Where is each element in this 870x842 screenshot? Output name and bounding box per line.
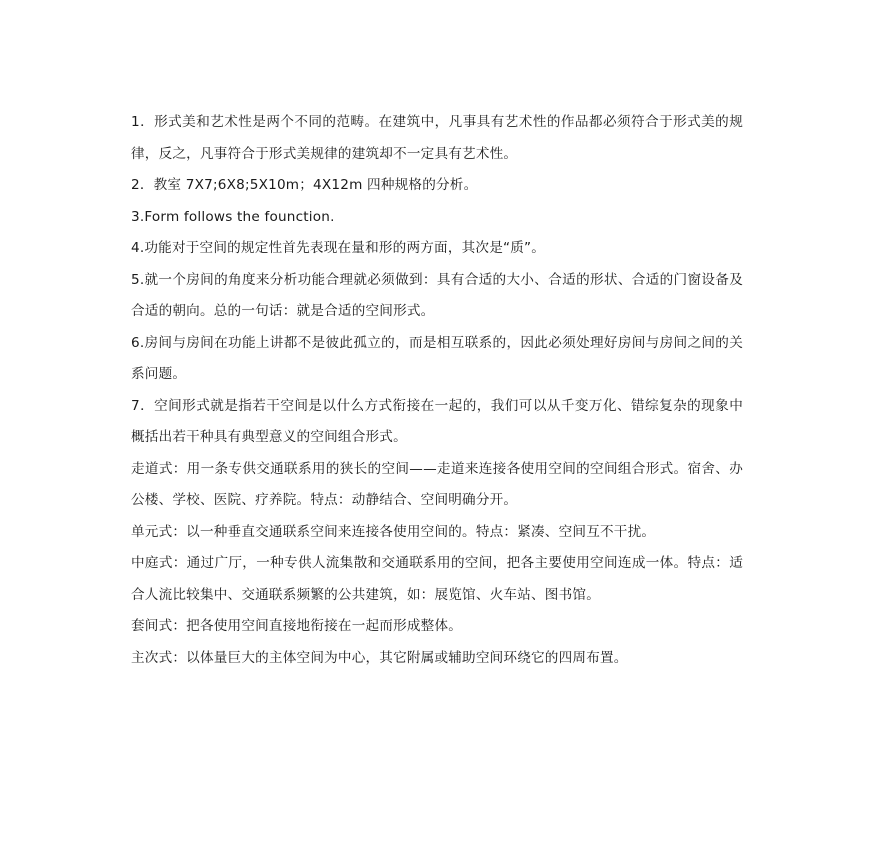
paragraph-single-room-function: 5.就一个房间的角度来分析功能合理就必须做到：具有合适的大小、合适的形状、合适的… (131, 265, 743, 328)
paragraph-primary-secondary-type: 主次式：以体量巨大的主体空间为中心，其它附属或辅助空间环绕它的四周布置。 (131, 643, 743, 675)
paragraph-suite-type: 套间式：把各使用空间直接地衔接在一起而形成整体。 (131, 611, 743, 643)
paragraph-form-beauty-vs-art: 1．形式美和艺术性是两个不同的范畴。在建筑中，凡事具有艺术性的作品都必须符合于形… (131, 107, 743, 170)
paragraph-room-relationships: 6.房间与房间在功能上讲都不是彼此孤立的，而是相互联系的，因此必须处理好房间与房… (131, 328, 743, 391)
paragraph-corridor-type: 走道式：用一条专供交通联系用的狭长的空间——走道来连接各使用空间的空间组合形式。… (131, 454, 743, 517)
paragraph-function-defines-space: 4.功能对于空间的规定性首先表现在量和形的两方面，其次是“质”。 (131, 233, 743, 265)
paragraph-classroom-sizes: 2．教室 7X7;6X8;5X10m；4X12m 四种规格的分析。 (131, 170, 743, 202)
document-page: 1．形式美和艺术性是两个不同的范畴。在建筑中，凡事具有艺术性的作品都必须符合于形… (131, 107, 743, 674)
paragraph-form-follows-function: 3.Form follows the founction. (131, 202, 743, 234)
paragraph-unit-type: 单元式：以一种垂直交通联系空间来连接各使用空间的。特点：紧凑、空间互不干扰。 (131, 517, 743, 549)
paragraph-spatial-composition: 7．空间形式就是指若干空间是以什么方式衔接在一起的，我们可以从千变万化、错综复杂… (131, 391, 743, 454)
paragraph-atrium-type: 中庭式：通过广厅，一种专供人流集散和交通联系用的空间，把各主要使用空间连成一体。… (131, 548, 743, 611)
